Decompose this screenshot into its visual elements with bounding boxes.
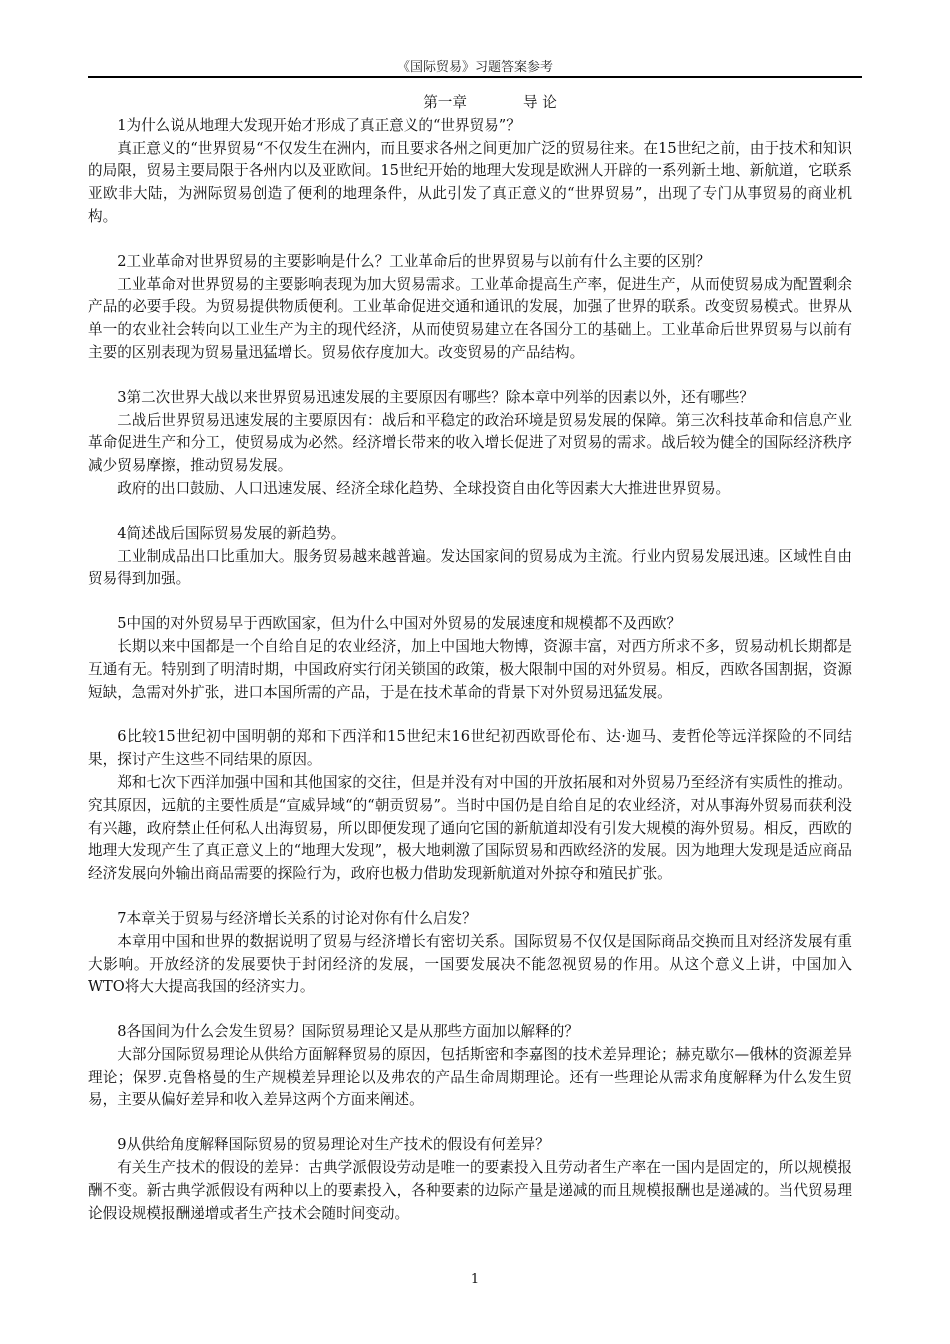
running-header: 《国际贸易》习题答案参考 (88, 60, 862, 76)
question: 6比较15世纪初中国明朝的郑和下西洋和15世纪末16世纪初西欧哥伦布、达·迦马、… (88, 726, 852, 772)
answer: 大部分国际贸易理论从供给方面解释贸易的原因，包括斯密和李嘉图的技术差异理论；赫克… (88, 1044, 852, 1112)
question: 5中国的对外贸易早于西欧国家，但为什么中国对外贸易的发展速度和规模都不及西欧？ (88, 613, 852, 636)
question: 7本章关于贸易与经济增长关系的讨论对你有什么启发？ (88, 908, 852, 931)
question: 1为什么说从地理大发现开始才形成了真正意义的“世界贸易”？ (88, 115, 852, 138)
question: 9从供给角度解释国际贸易的贸易理论对生产技术的假设有何差异？ (88, 1134, 852, 1157)
chapter-name: 导 论 (523, 92, 557, 115)
question-block: 5中国的对外贸易早于西欧国家，但为什么中国对外贸易的发展速度和规模都不及西欧？ … (88, 613, 852, 704)
question: 3第二次世界大战以来世界贸易迅速发展的主要原因有哪些？除本章中列举的因素以外，还… (88, 387, 852, 410)
question-block: 6比较15世纪初中国明朝的郑和下西洋和15世纪末16世纪初西欧哥伦布、达·迦马、… (88, 726, 852, 886)
answer: 有关生产技术的假设的差异：古典学派假设劳动是唯一的要素投入且劳动者生产率在一国内… (88, 1157, 852, 1225)
page-number: 1 (0, 1272, 950, 1287)
answer: 长期以来中国都是一个自给自足的农业经济，加上中国地大物博，资源丰富，对西方所求不… (88, 636, 852, 704)
question-block: 3第二次世界大战以来世界贸易迅速发展的主要原因有哪些？除本章中列举的因素以外，还… (88, 387, 852, 501)
answer: 郑和七次下西洋加强中国和其他国家的交往，但是并没有对中国的开放拓展和对外贸易乃至… (88, 772, 852, 886)
answer: 二战后世界贸易迅速发展的主要原因有：战后和平稳定的政治环境是贸易发展的保障。第三… (88, 410, 852, 478)
chapter-title: 第一章导 论 (88, 92, 852, 115)
answer: 工业制成品出口比重加大。服务贸易越来越普遍。发达国家间的贸易成为主流。行业内贸易… (88, 546, 852, 592)
question-block: 7本章关于贸易与经济增长关系的讨论对你有什么启发？ 本章用中国和世界的数据说明了… (88, 908, 852, 999)
answer: 工业革命对世界贸易的主要影响表现为加大贸易需求。工业革命提高生产率，促进生产，从… (88, 274, 852, 365)
question: 2工业革命对世界贸易的主要影响是什么？工业革命后的世界贸易与以前有什么主要的区别… (88, 251, 852, 274)
answer: 真正意义的“世界贸易“不仅发生在洲内，而且要求各州之间更加广泛的贸易往来。在15… (88, 138, 852, 229)
question: 8各国间为什么会发生贸易？国际贸易理论又是从那些方面加以解释的？ (88, 1021, 852, 1044)
question-block: 9从供给角度解释国际贸易的贸易理论对生产技术的假设有何差异？ 有关生产技术的假设… (88, 1134, 852, 1225)
question-block: 8各国间为什么会发生贸易？国际贸易理论又是从那些方面加以解释的？ 大部分国际贸易… (88, 1021, 852, 1112)
document-body: 第一章导 论 1为什么说从地理大发现开始才形成了真正意义的“世界贸易”？ 真正意… (88, 92, 852, 1225)
answer: 政府的出口鼓励、人口迅速发展、经济全球化趋势、全球投资自由化等因素大大推进世界贸… (88, 478, 852, 501)
question-block: 1为什么说从地理大发现开始才形成了真正意义的“世界贸易”？ 真正意义的“世界贸易… (88, 115, 852, 229)
chapter-number: 第一章 (423, 92, 467, 115)
answer: 本章用中国和世界的数据说明了贸易与经济增长有密切关系。国际贸易不仅仅是国际商品交… (88, 931, 852, 999)
question: 4简述战后国际贸易发展的新趋势。 (88, 523, 852, 546)
question-block: 2工业革命对世界贸易的主要影响是什么？工业革命后的世界贸易与以前有什么主要的区别… (88, 251, 852, 365)
header-rule (88, 76, 862, 78)
question-block: 4简述战后国际贸易发展的新趋势。 工业制成品出口比重加大。服务贸易越来越普遍。发… (88, 523, 852, 591)
